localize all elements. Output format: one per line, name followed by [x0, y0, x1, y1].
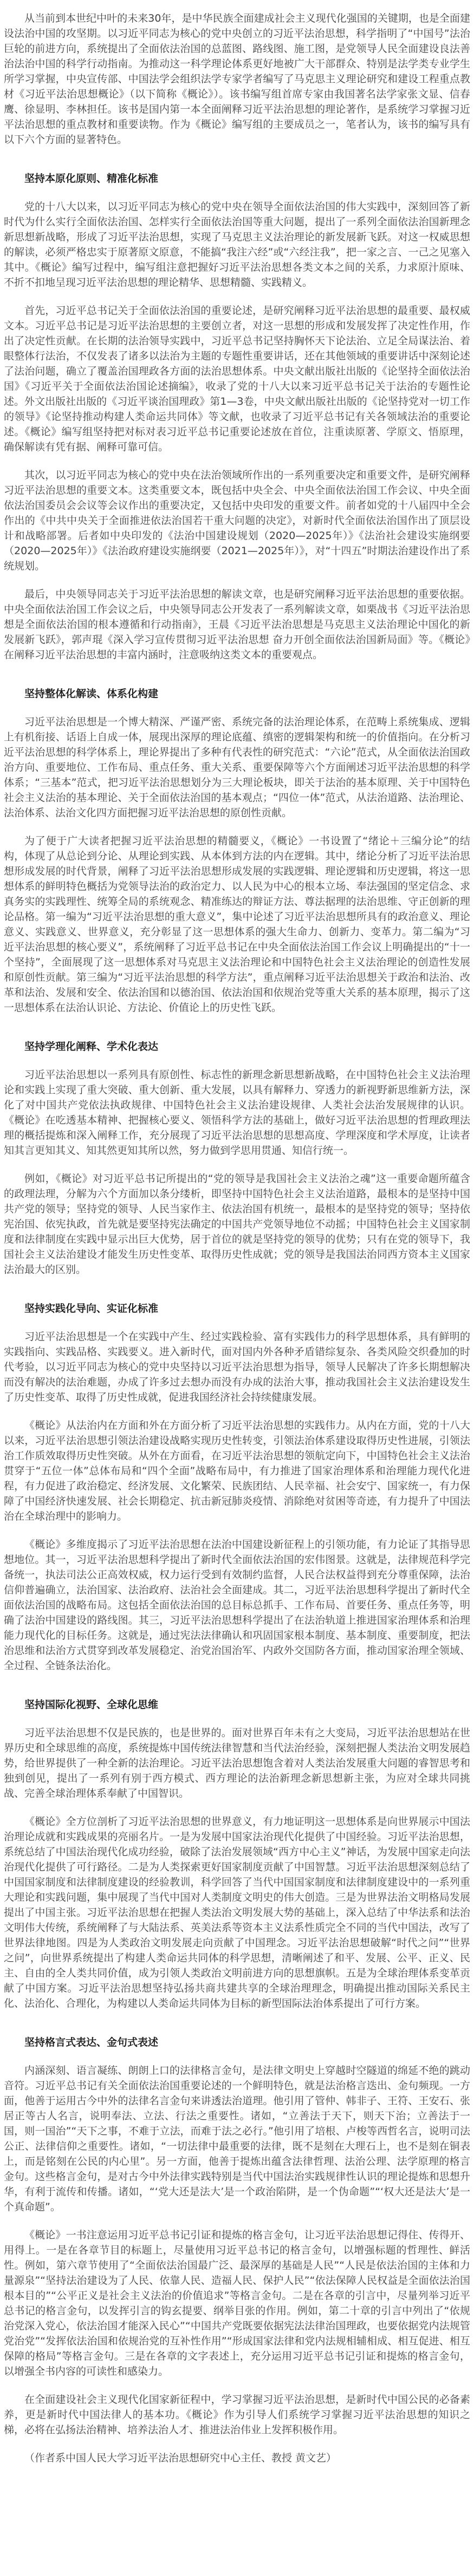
paragraph: 《概论》一书注意运用习近平总书记引证和提炼的格言金句，让习近平法治思想记得住、传… [4, 2227, 470, 2379]
paragraph: 《概论》全方位剖析了习近平法治思想的世界意义，有力地证明这一思想体系是向世界展示… [4, 1814, 470, 2011]
section-practice: 坚持实践化导向、实证化标准 习近平法治思想是一个在实践中产生、经过实践检验、富有… [4, 1301, 470, 1673]
section-academic: 坚持学理化阐释、学术化表达 习近平法治思想以一系列具有原创性、标志性的新理念新思… [4, 1039, 470, 1277]
paragraph: 《概论》多维度揭示了习近平法治思想在法治中国建设新征程上的引领功能，有力论证了其… [4, 1537, 470, 1673]
paragraph: 例如，《概论》对习近平总书记所提出的“党的领导是我国社会主义法治之魂”这一重要命… [4, 1171, 470, 1277]
author-line: （作者系中国人民大学习近平法治思想研究中心主任、教授 黄文艺） [4, 2450, 470, 2466]
section-heading: 坚持整体化解读、体系化构建 [4, 686, 470, 701]
paragraph: 习近平法治思想不仅是民族的，也是世界的。面对世界百年未有之大变局，习近平法治思想… [4, 1725, 470, 1801]
paragraph: 习近平法治思想是一个博大精深、严谨严密、系统完备的法治理论体系，在范畴上系统集成… [4, 714, 470, 820]
paragraph: 习近平法治思想是一个在实践中产生、经过实践检验、富有实践伟力的科学思想体系，具有… [4, 1329, 470, 1405]
section-international: 坚持国际化视野、全球化思维 习近平法治思想不仅是民族的，也是世界的。面对世界百年… [4, 1697, 470, 2011]
section-heading: 坚持本原化原则、精准化标准 [4, 171, 470, 186]
closing-paragraph: 在全面建设社会主义现代化国家新征程中，学习掌握习近平法治思想，是新时代中国公民的… [4, 2392, 470, 2437]
section-heading: 坚持国际化视野、全球化思维 [4, 1697, 470, 1712]
section-holistic: 坚持整体化解读、体系化构建 习近平法治思想是一个博大精深、严谨严密、系统完备的法… [4, 686, 470, 1015]
section-heading: 坚持格言式表达、金句式表述 [4, 2035, 470, 2050]
intro-paragraph: 从当前到本世纪中叶的未来30年，是中华民族全面建成社会主义现代化强国的关键期，也… [4, 11, 470, 147]
paragraph: 习近平法治思想以一系列具有原创性、标志性的新理念新思想新战略，在中国特色社会主义… [4, 1067, 470, 1158]
paragraph: 最后，中央领导同志关于习近平法治思想的解读文章，也是研究阐释习近平法治思想的重要… [4, 587, 470, 662]
paragraph: 为了便于广大读者把握习近平法治思想的精髓要义，《概论》一书设置了“绪论＋三编分论… [4, 833, 470, 1015]
section-heading: 坚持实践化导向、实证化标准 [4, 1301, 470, 1316]
paragraph: 《概论》从法治内在方面和外在方面分析了习近平法治思想的实践伟力。从内在方面，党的… [4, 1418, 470, 1524]
paragraph: 内涵深刻、语言凝练、朗朗上口的法律格言金句，是法律文明史上穿越时空隧道的绵延不绝… [4, 2063, 470, 2214]
section-aphorism: 坚持格言式表达、金句式表述 内涵深刻、语言凝练、朗朗上口的法律格言金句，是法律文… [4, 2035, 470, 2379]
section-originality: 坚持本原化原则、精准化标准 党的十八大以来，以习近平同志为核心的党中央在领导全面… [4, 171, 470, 662]
paragraph: 其次，以习近平同志为核心的党中央在法治领域所作出的一系列重要决定和重要文件，是研… [4, 468, 470, 574]
article-body: 从当前到本世纪中叶的未来30年，是中华民族全面建成社会主义现代化强国的关键期，也… [0, 0, 474, 2498]
paragraph: 首先，习近平总书记关于全面依法治国的重要论述，是研究阐释习近平法治思想的最重要、… [4, 303, 470, 455]
section-heading: 坚持学理化阐释、学术化表达 [4, 1039, 470, 1054]
paragraph: 党的十八大以来，以习近平同志为核心的党中央在领导全面依法治国的伟大实践中，深刻回… [4, 199, 470, 290]
